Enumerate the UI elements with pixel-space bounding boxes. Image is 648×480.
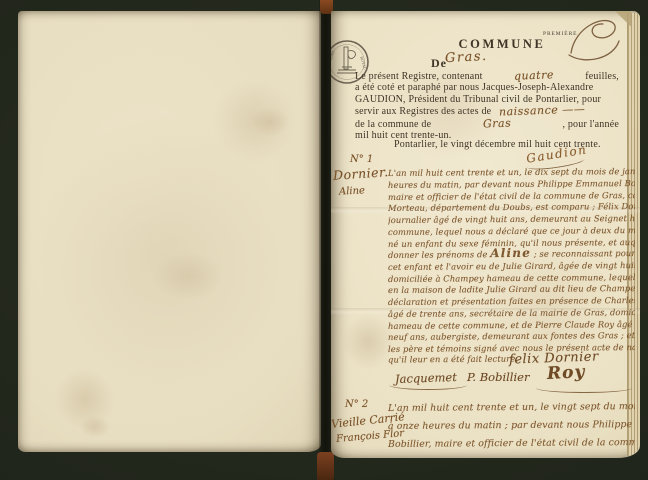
record-line: maire et officier de l'état civil de la … [388,190,635,202]
record-line: déclaration et présentation faites en pr… [388,295,635,307]
record-line-name: donner les prénoms de Aline ; se reconna… [388,247,635,260]
signature-flourish [536,388,632,393]
child-given-name: Aline [490,247,531,260]
scanned-register-photo: { "document": { "kind": "Registre d'état… [0,0,648,480]
entry1-margin-firstname: Aline [339,185,366,197]
signature-flourish [389,385,467,390]
record-line: qu'il leur en a été fait lecture. [388,353,518,364]
handwritten-quatre: quatre [514,69,554,82]
paragraph-text: de la commune de [355,119,431,130]
record-line: âgé de trente ans, secrétaire de la mair… [388,307,635,319]
record-text: ; se reconnaissant pour être le père de [531,248,635,259]
officer-signature: P. Bobillier [467,370,529,384]
paper-stain [138,241,238,311]
record-line: cet enfant et l'avoir eu de Julie Girard… [388,260,635,272]
record-line: commune, lequel nous a déclaré que ce jo… [388,225,635,237]
entry1-margin-surname: Dornier. [333,164,389,183]
record-line: hameau de cette commune, et de Pierre Cl… [388,319,635,331]
record-line: en la maison de ladite Julie Girard au d… [388,283,635,295]
paper-stain [73,411,117,443]
witness2-signature: Roy [547,362,586,384]
paragraph-text: feuilles, [585,71,619,82]
record-line: journalier âgé de vingt huit ans, demeur… [388,213,635,225]
commune-name-handwritten: Gras. [445,49,488,66]
svg-text:ROYAL: ROYAL [359,56,368,71]
paragraph-text: servir aux Registres des actes de [355,106,491,117]
record-line: L'an mil huit cent trente et un, le ving… [388,402,635,414]
entry2-margin-number: N° 2 [345,399,368,410]
record-line: heures du matin, par devant nous Philipp… [388,178,635,190]
register-page: TIMBRE ROYAL PREMIÈRE COMMUNE De Gras. L… [331,11,640,458]
svg-text:TIMBRE: TIMBRE [331,49,336,65]
record-text: donner les prénoms de [388,249,490,260]
paragraph-text: Le présent Registre, contenant [355,71,483,82]
attestation-paragraph: Le présent Registre, contenant quatre fe… [355,70,619,141]
paragraph-text: a été coté et paraphé par nous Jacques-J… [355,82,619,93]
handwritten-naissance: naissance —— [499,104,586,118]
spine-bottom [317,452,334,480]
paragraph-text: , pour l'année [562,119,619,130]
record-line: à onze heures du matin ; par devant nous… [388,420,635,432]
record-line: domiciliée à Champey hameau de cette com… [388,272,635,284]
handwritten-gras: Gras [483,117,512,129]
entry1-margin-number: N° 1 [350,154,373,165]
record-line: L'an mil huit cent trente et un, le dix … [388,166,635,178]
record-line: neuf ans, aubergiste, demeurant aux font… [388,330,635,342]
witness1-signature: Jacquemet [395,370,457,386]
record-line: Bobillier, maire et officier de l'état c… [388,438,635,450]
paper-stain [243,101,298,143]
paraph-flourish-icon [563,13,629,67]
record-line: Morteau, département du Doubs, est compa… [388,201,635,213]
left-blank-page [18,11,321,452]
